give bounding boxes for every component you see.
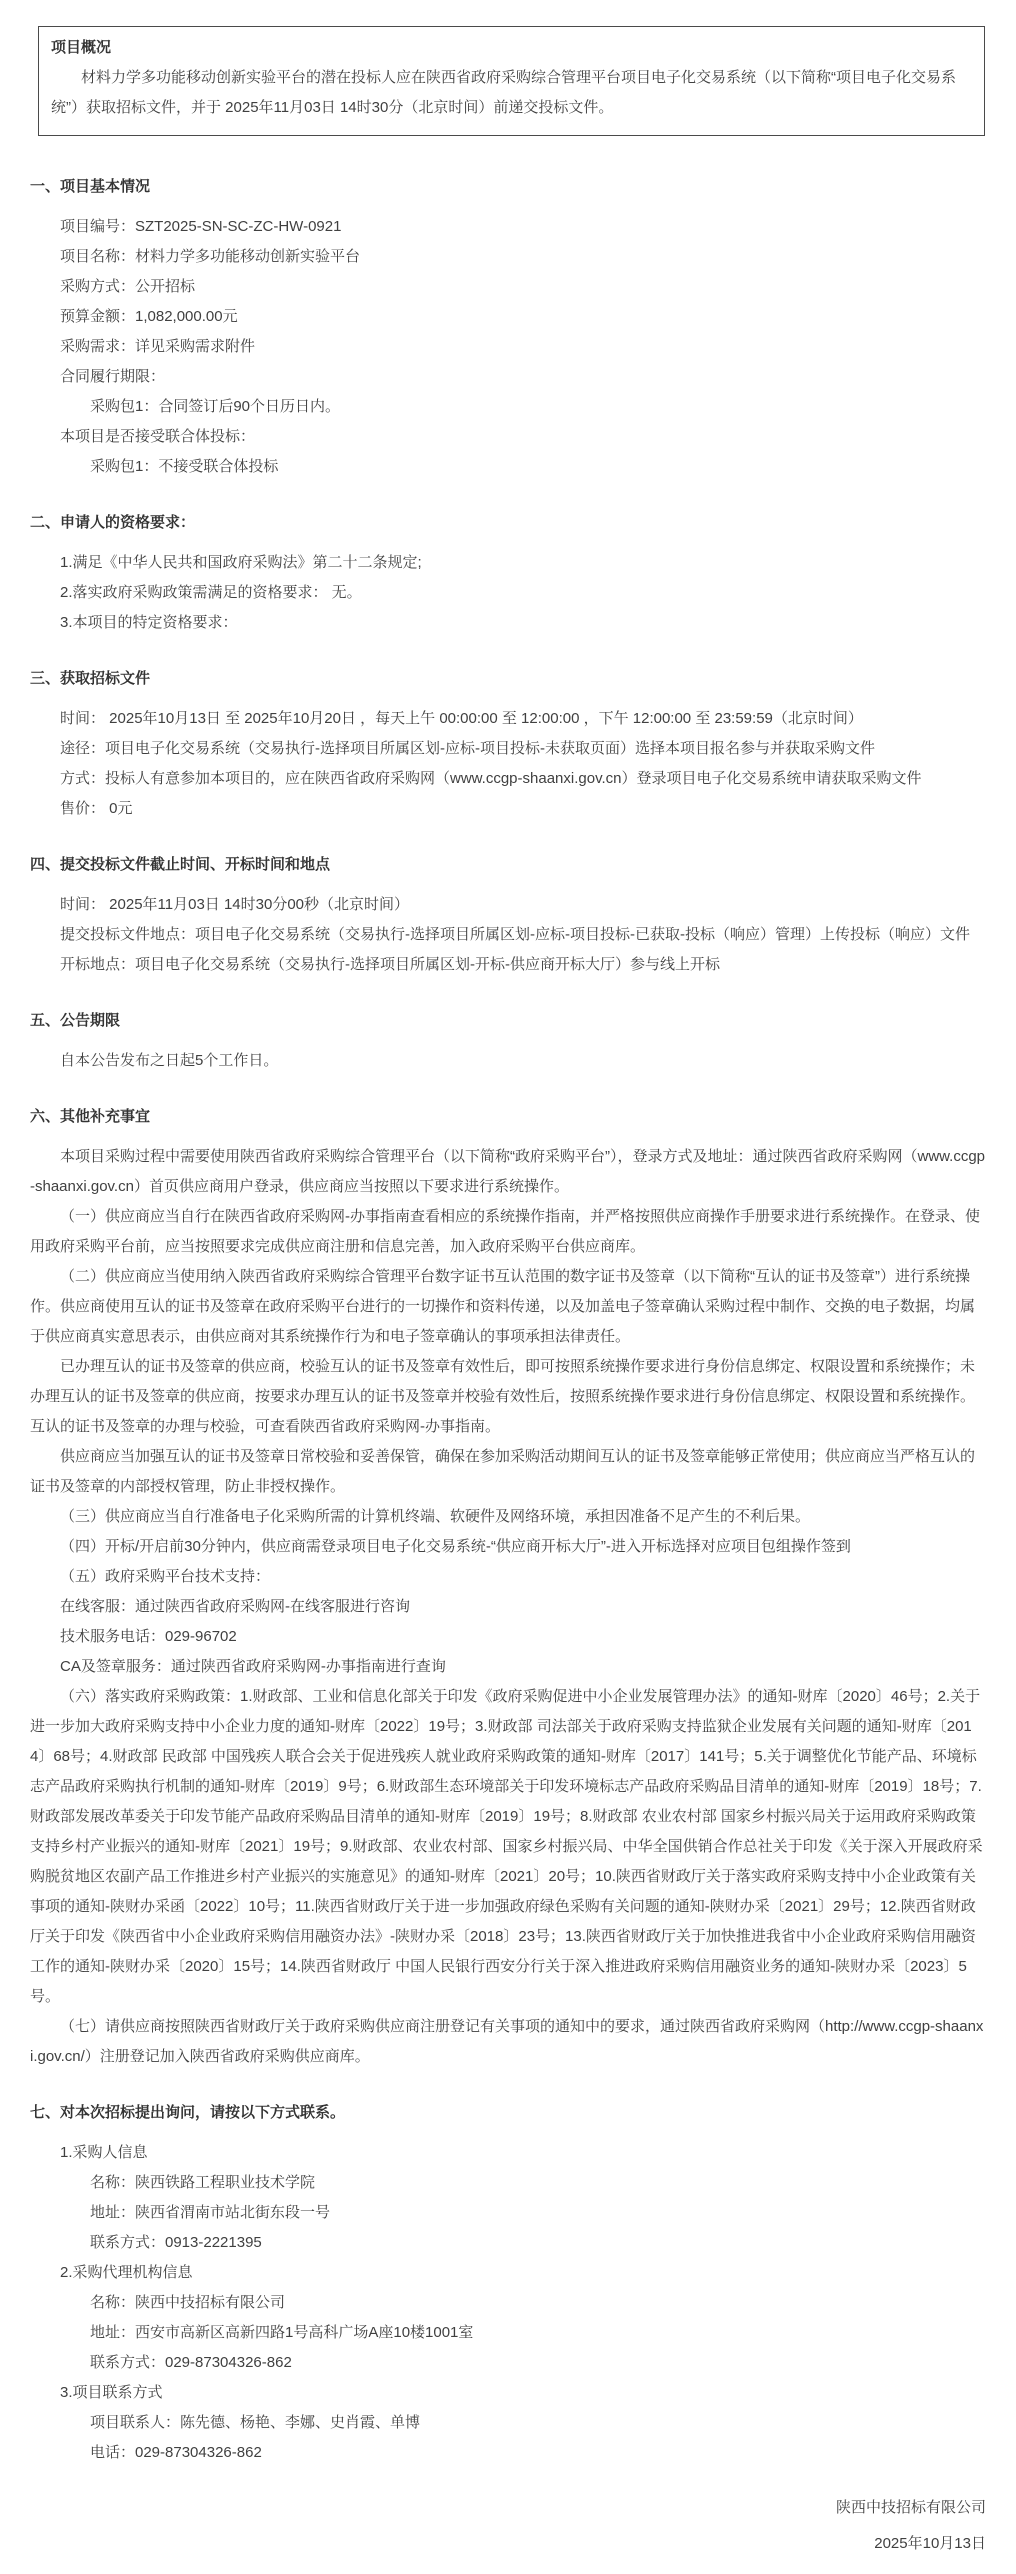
project-contact-label: 3.项目联系方式 [30,2378,986,2408]
field-project-number: 项目编号：SZT2025-SN-SC-ZC-HW-0921 [30,212,986,242]
supplementary-item-5: （五）政府采购平台技术支持： [30,1562,986,1592]
supplementary-item-7: （七）请供应商按照陕西省财政厅关于政府采购供应商注册登记有关事项的通知中的要求，… [30,2012,986,2072]
field-budget-amount: 预算金额：1,082,000.00元 [30,302,986,332]
announcement-period-text: 自本公告发布之日起5个工作日。 [30,1046,986,1076]
obtain-method: 方式：投标人有意参加本项目的，应在陕西省政府采购网（www.ccgp-shaan… [30,764,986,794]
purchaser-phone: 联系方式：0913-2221395 [30,2228,986,2258]
supplementary-intro: 本项目采购过程中需要使用陕西省政府采购综合管理平台（以下简称“政府采购平台”），… [30,1142,986,1202]
obtain-price: 售价： 0元 [30,794,986,824]
deadline-time: 时间： 2025年11月03日 14时30分00秒（北京时间） [30,890,986,920]
field-procurement-method: 采购方式：公开招标 [30,272,986,302]
obtain-time: 时间： 2025年10月13日 至 2025年10月20日 ，每天上午 00:0… [30,704,986,734]
section-basic-info-heading: 一、项目基本情况 [30,172,986,202]
field-consortium-package1: 采购包1：不接受联合体投标 [30,452,986,482]
qualification-item-3: 3.本项目的特定资格要求： [30,608,986,638]
field-contract-period-label: 合同履行期限： [30,362,986,392]
agency-phone: 联系方式：029-87304326-862 [30,2348,986,2378]
supplementary-item-6-policies: （六）落实政府采购政策：1.财政部、工业和信息化部关于印发《政府采购促进中小企业… [30,1682,986,2012]
purchaser-address: 地址：陕西省渭南市站北街东段一号 [30,2198,986,2228]
supplementary-item-1: （一）供应商应当自行在陕西省政府采购网-办事指南查看相应的系统操作指南，并严格按… [30,1202,986,1262]
field-project-name: 项目名称：材料力学多功能移动创新实验平台 [30,242,986,272]
field-procurement-requirement: 采购需求：详见采购需求附件 [30,332,986,362]
opening-location: 开标地点：项目电子化交易系统（交易执行-选择项目所属区划-开标-供应商开标大厅）… [30,950,986,980]
section-announcement-period-heading: 五、公告期限 [30,1006,986,1036]
submission-location: 提交投标文件地点：项目电子化交易系统（交易执行-选择项目所属区划-应标-项目投标… [30,920,986,950]
tender-announcement-page: 项目概况 材料力学多功能移动创新实验平台的潜在投标人应在陕西省政府采购综合管理平… [0,0,1016,2574]
section-obtain-documents-heading: 三、获取招标文件 [30,664,986,694]
project-contact-persons: 项目联系人：陈先德、杨艳、李娜、史肖霞、单博 [30,2408,986,2438]
supplementary-item-2: （二）供应商应当使用纳入陕西省政府采购综合管理平台数字证书互认范围的数字证书及签… [30,1262,986,1352]
support-phone: 技术服务电话：029-96702 [30,1622,986,1652]
qualification-item-1: 1.满足《中华人民共和国政府采购法》第二十二条规定; [30,548,986,578]
section-qualification-heading: 二、申请人的资格要求： [30,508,986,538]
field-contract-period-package1: 采购包1：合同签订后90个日历日内。 [30,392,986,422]
support-online-service: 在线客服：通过陕西省政府采购网-在线客服进行咨询 [30,1592,986,1622]
supplementary-item-3: （三）供应商应当自行准备电子化采购所需的计算机终端、软硬件及网络环境，承担因准备… [30,1502,986,1532]
project-contact-phone: 电话：029-87304326-862 [30,2438,986,2468]
supplementary-item-2-cont-2: 供应商应当加强互认的证书及签章日常校验和妥善保管，确保在参加采购活动期间互认的证… [30,1442,986,1502]
agency-address: 地址：西安市高新区高新四路1号高科广场A座10楼1001室 [30,2318,986,2348]
signature-company: 陕西中技招标有限公司 [30,2490,986,2526]
qualification-item-2: 2.落实政府采购政策需满足的资格要求： 无。 [30,578,986,608]
agency-info-label: 2.采购代理机构信息 [30,2258,986,2288]
obtain-channel: 途径：项目电子化交易系统（交易执行-选择项目所属区划-应标-项目投标-未获取页面… [30,734,986,764]
signature-block: 陕西中技招标有限公司 2025年10月13日 [30,2490,986,2562]
field-consortium-label: 本项目是否接受联合体投标： [30,422,986,452]
section-deadline-opening-heading: 四、提交投标文件截止时间、开标时间和地点 [30,850,986,880]
project-overview-box: 项目概况 材料力学多功能移动创新实验平台的潜在投标人应在陕西省政府采购综合管理平… [38,26,985,136]
purchaser-info-label: 1.采购人信息 [30,2138,986,2168]
project-overview-text: 材料力学多功能移动创新实验平台的潜在投标人应在陕西省政府采购综合管理平台项目电子… [51,63,972,123]
support-ca-service: CA及签章服务：通过陕西省政府采购网-办事指南进行查询 [30,1652,986,1682]
section-supplementary-heading: 六、其他补充事宜 [30,1102,986,1132]
purchaser-name: 名称：陕西铁路工程职业技术学院 [30,2168,986,2198]
supplementary-item-2-cont-1: 已办理互认的证书及签章的供应商，校验互认的证书及签章有效性后，即可按照系统操作要… [30,1352,986,1442]
agency-name: 名称：陕西中技招标有限公司 [30,2288,986,2318]
section-contact-heading: 七、对本次招标提出询问，请按以下方式联系。 [30,2098,986,2128]
project-overview-title: 项目概况 [51,33,972,63]
supplementary-item-4: （四）开标/开启前30分钟内，供应商需登录项目电子化交易系统-“供应商开标大厅”… [30,1532,986,1562]
